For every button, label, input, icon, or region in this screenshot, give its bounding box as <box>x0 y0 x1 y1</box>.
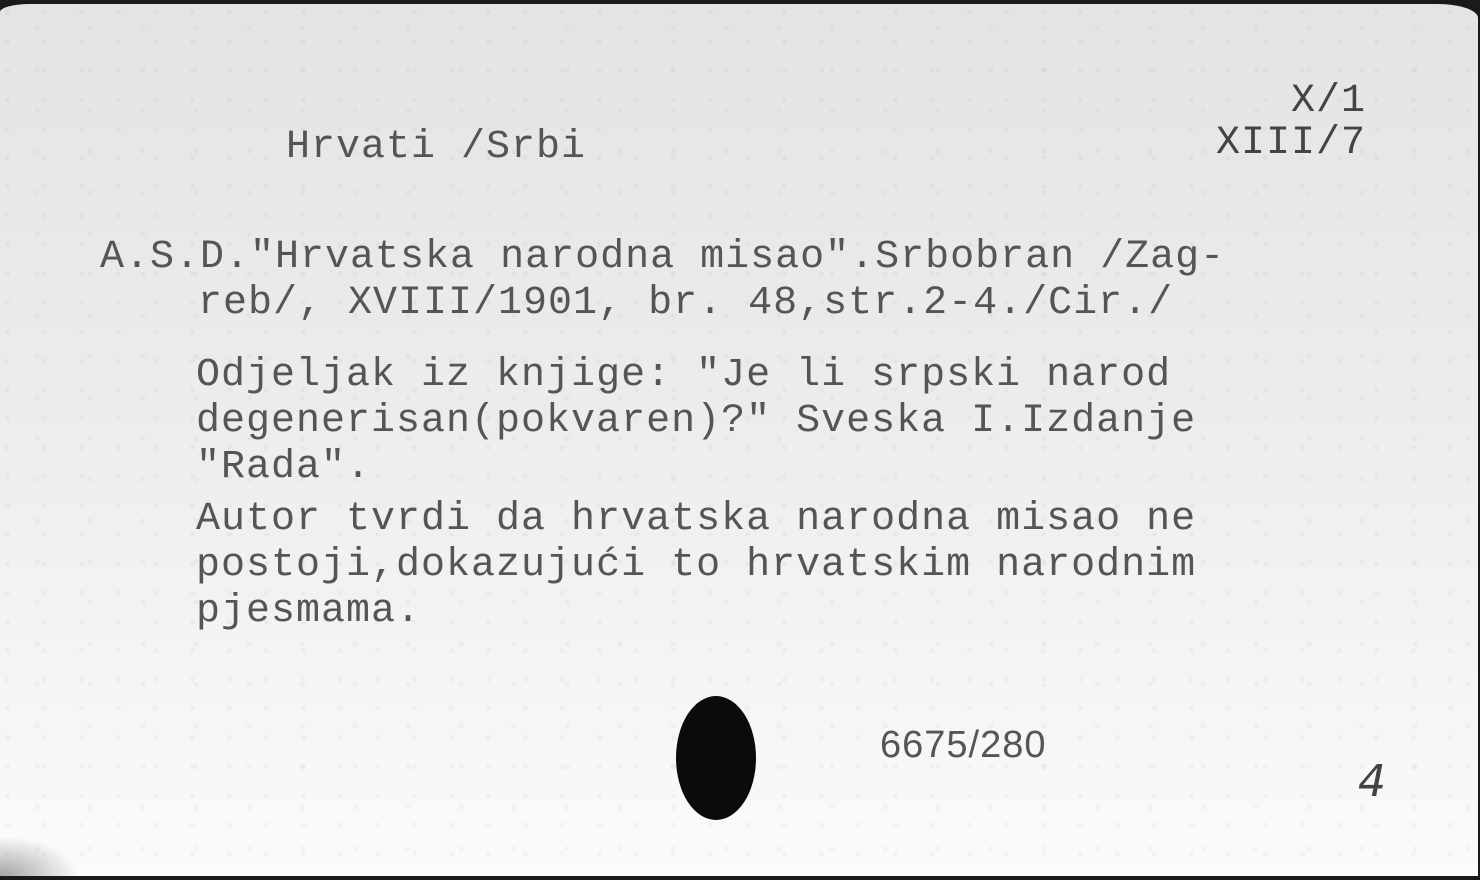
call-number-line-2: XIII/7 <box>1216 122 1366 166</box>
punch-hole-icon <box>676 696 756 820</box>
corner-shadow <box>0 836 80 876</box>
citation-line-1: A.S.D."Hrvatska narodna misao".Srbobran … <box>100 236 1225 280</box>
abstract-line-3: "Rada". <box>196 446 371 490</box>
subject-heading: Hrvati /Srbi <box>286 126 586 170</box>
abstract-line-2: degenerisan(pokvaren)?" Sveska I.Izdanje <box>196 400 1196 444</box>
accession-number: 6675/280 <box>880 724 1047 767</box>
abstract-line-6: pjesmama. <box>196 590 421 634</box>
abstract-line-5: postoji,dokazujući to hrvatskim narodnim <box>196 544 1196 588</box>
citation-line-2: reb/, XVIII/1901, br. 48,str.2-4./Cir./ <box>198 282 1173 326</box>
call-number-line-1: X/1 <box>1291 80 1366 124</box>
handwritten-mark: 4 <box>1358 756 1386 807</box>
catalog-card: Hrvati /Srbi X/1 XIII/7 A.S.D."Hrvatska … <box>0 4 1478 876</box>
abstract-line-4: Autor tvrdi da hrvatska narodna misao ne <box>196 498 1196 542</box>
abstract-line-1: Odjeljak iz knjige: "Je li srpski narod <box>196 354 1171 398</box>
